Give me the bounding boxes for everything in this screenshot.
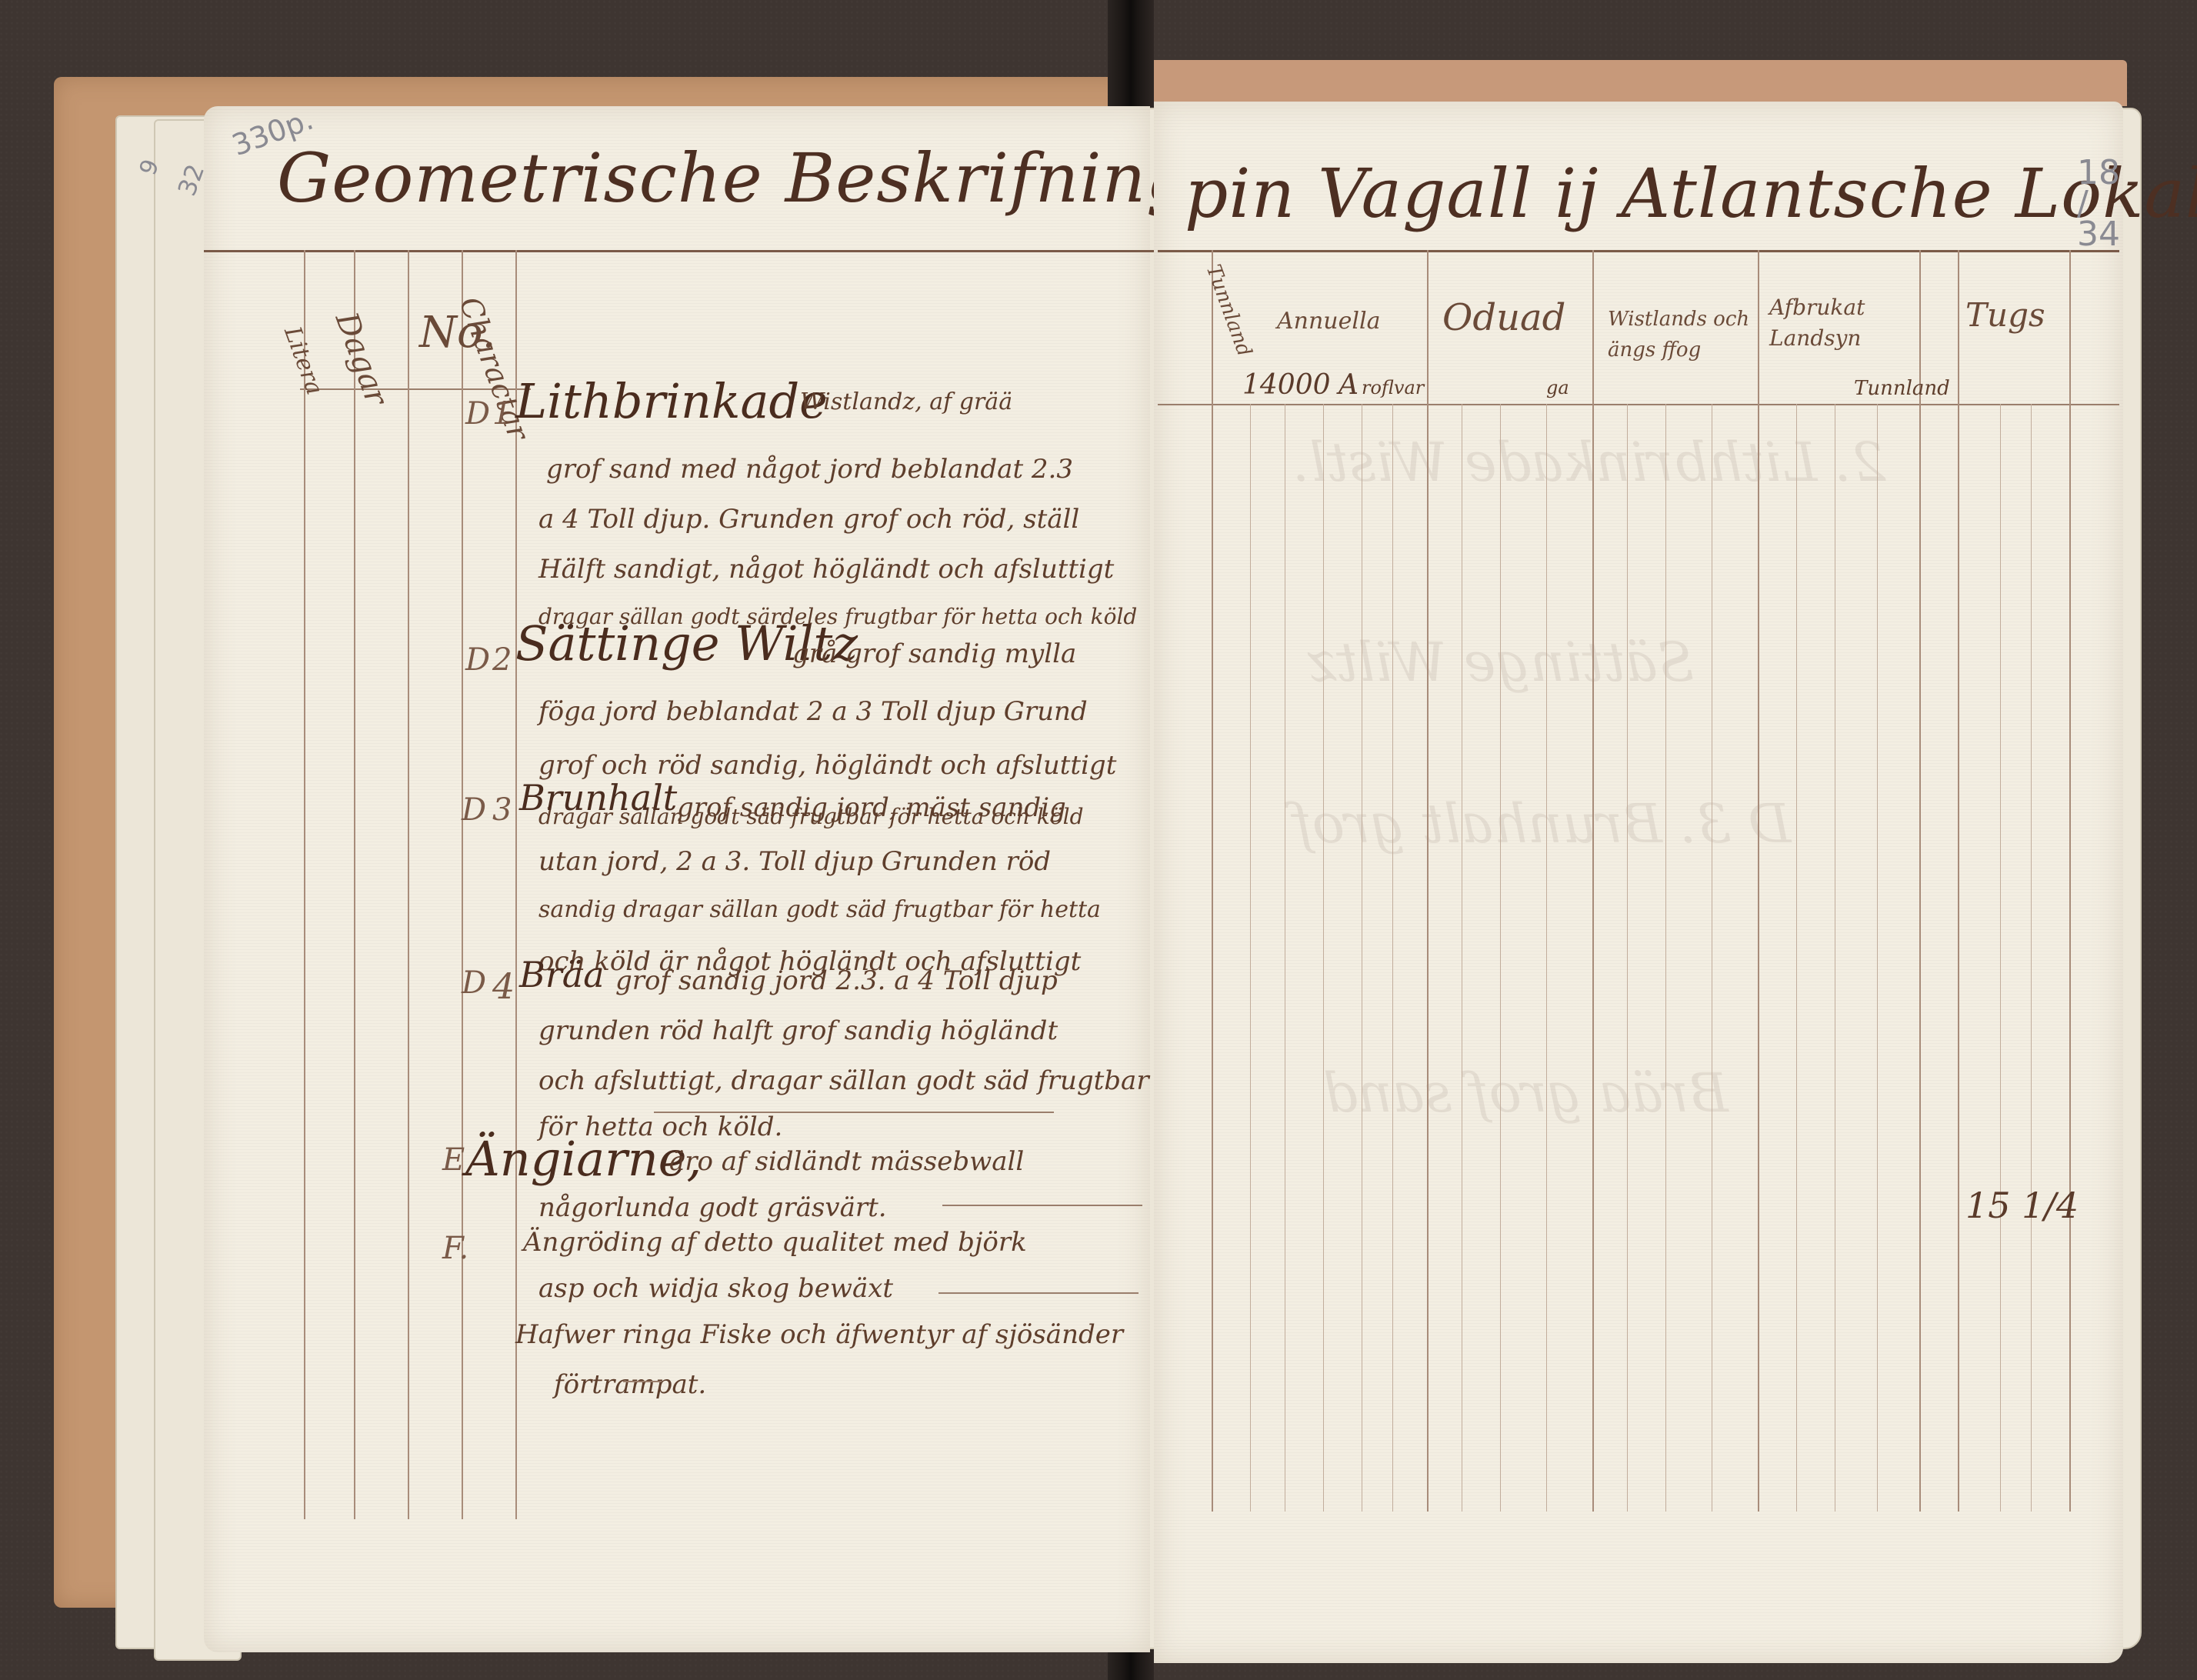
column-rule bbox=[354, 250, 355, 1519]
entry-end-rule bbox=[623, 1381, 662, 1382]
subcolumn-rule bbox=[1250, 404, 1251, 1512]
entry-line: grof sandig jord, mäst sandig bbox=[677, 792, 1066, 823]
entry-litera: E bbox=[442, 1142, 465, 1178]
entry-lead: Ängiarne, bbox=[465, 1131, 702, 1187]
entry-litera: D bbox=[462, 965, 486, 1001]
column-rule bbox=[1212, 250, 1213, 1512]
subcolumn-rule bbox=[1835, 404, 1835, 1512]
column-rule bbox=[2069, 250, 2071, 1512]
book-cover-right bbox=[1127, 60, 2127, 106]
column-header-oduad: Oduad bbox=[1442, 296, 1565, 339]
entry-line: Ängröding af detto qualitet med björk bbox=[523, 1227, 1027, 1258]
entry-end-rule bbox=[938, 1292, 1139, 1294]
entry-no: 1 bbox=[492, 396, 512, 432]
entry-line: grof sandig jord 2.3. a 4 Toll djup bbox=[615, 965, 1058, 996]
bleed-through-text: Sättinge Wiltz bbox=[1308, 631, 1694, 694]
entry-litera: D bbox=[465, 396, 490, 432]
subcolumn-rule bbox=[1462, 404, 1462, 1512]
header-rule-right bbox=[1158, 250, 2119, 252]
header-bottom-rule-right bbox=[1158, 404, 2119, 405]
subcolumn-rule bbox=[1627, 404, 1628, 1512]
entry-line: föga jord beblandat 2 a 3 Toll djup Grun… bbox=[538, 696, 1088, 727]
column-rule bbox=[1958, 250, 1959, 1512]
entry-no: 2 bbox=[492, 642, 512, 678]
entry-line: a 4 Toll djup. Grunden grof och röd, stä… bbox=[538, 504, 1079, 535]
entry-lead: Bräa bbox=[519, 954, 605, 995]
entry-line: och afsluttigt, dragar sällan godt säd f… bbox=[538, 1065, 1149, 1096]
entry-lead: Brunhalt bbox=[519, 777, 677, 818]
entry-line: sandig dragar sällan godt säd frugtbar f… bbox=[538, 896, 1101, 923]
entry-litera: D bbox=[462, 792, 486, 828]
entry-line: Hafwer ringa Fiske och äfwentyr af sjösä… bbox=[515, 1319, 1123, 1350]
bleed-through-text: Bräa grof sand bbox=[1323, 1062, 1729, 1125]
subheader-annuella: A bbox=[1339, 369, 1359, 401]
entry-line: grunden röd halft grof sandig högländt bbox=[538, 1015, 1058, 1046]
entry-line: utan jord, 2 a 3. Toll djup Grunden röd bbox=[538, 846, 1051, 877]
column-header-wistelands: Wistlands och ängs ffog bbox=[1608, 304, 1754, 365]
subcolumn-rule bbox=[2000, 404, 2001, 1512]
page-title-right: pin Vagall ij Atlantsche Lokal. bbox=[1185, 154, 2197, 233]
entry-no: 4 bbox=[492, 965, 515, 1007]
entry-litera: D bbox=[465, 642, 490, 678]
subheader-tunnland: 14000 bbox=[1242, 369, 1331, 401]
column-rule bbox=[408, 250, 409, 1519]
entry-line: förtrampat. bbox=[554, 1369, 706, 1400]
column-header-afbrukat: Afbrukat Landsyn bbox=[1769, 292, 1915, 354]
column-rule bbox=[462, 250, 463, 1519]
entry-end-rule bbox=[654, 1112, 1054, 1113]
entry-litera: F. bbox=[442, 1231, 468, 1266]
subcolumn-rule bbox=[1323, 404, 1324, 1512]
subcolumn-rule bbox=[1500, 404, 1501, 1512]
subcolumn-rule bbox=[1665, 404, 1666, 1512]
column-rule bbox=[1758, 250, 1759, 1512]
column-rule bbox=[1919, 250, 1921, 1512]
column-rule bbox=[1592, 250, 1594, 1512]
subcolumn-rule bbox=[1392, 404, 1393, 1512]
entry-end-rule bbox=[942, 1205, 1142, 1206]
tugs-value: 15 1/4 bbox=[1965, 1185, 2079, 1226]
entry-no: 3 bbox=[492, 792, 512, 828]
entry-lead: Lithbrinkade bbox=[515, 373, 828, 429]
subheader-oduad-note: ga bbox=[1546, 377, 1569, 398]
entry-line: grå grof sandig mylla bbox=[792, 638, 1076, 669]
subcolumn-rule bbox=[1285, 404, 1285, 1512]
entry-line: grof och röd sandig, högländt och afslut… bbox=[538, 750, 1116, 781]
entry-line: äro af sidländt mässebwall bbox=[669, 1146, 1024, 1177]
pencil-folio-right: 18 / 34 bbox=[2077, 158, 2123, 250]
subcolumn-rule bbox=[1877, 404, 1878, 1512]
subcolumn-rule bbox=[1546, 404, 1547, 1512]
subheader-afbrukat-note: Tunnland bbox=[1854, 377, 1950, 400]
entry-line: grof sand med något jord beblandat 2.3 bbox=[546, 454, 1073, 485]
subcolumn-rule bbox=[1362, 404, 1362, 1512]
entry-line: Hälft sandigt, något högländt och afslut… bbox=[538, 554, 1114, 585]
column-rule bbox=[1427, 250, 1429, 1512]
entry-line: någorlunda godt gräsvärt. bbox=[538, 1192, 887, 1223]
header-rule bbox=[204, 250, 1154, 252]
entry-line: Wistlandz, af grää bbox=[800, 388, 1012, 415]
column-header-tugs: Tugs bbox=[1965, 296, 2045, 334]
column-rule bbox=[304, 250, 305, 1519]
bleed-through-text: D 3. Brunhalt grof bbox=[1292, 792, 1791, 855]
subcolumn-rule bbox=[1796, 404, 1797, 1512]
entry-line: asp och widja skog bewäxt bbox=[538, 1273, 893, 1304]
column-header-annuella: Annuella bbox=[1277, 308, 1380, 335]
subcolumn-rule bbox=[2031, 404, 2032, 1512]
subheader-annuella-note: roflvar bbox=[1362, 377, 1424, 398]
subcolumn-rule bbox=[1712, 404, 1712, 1512]
